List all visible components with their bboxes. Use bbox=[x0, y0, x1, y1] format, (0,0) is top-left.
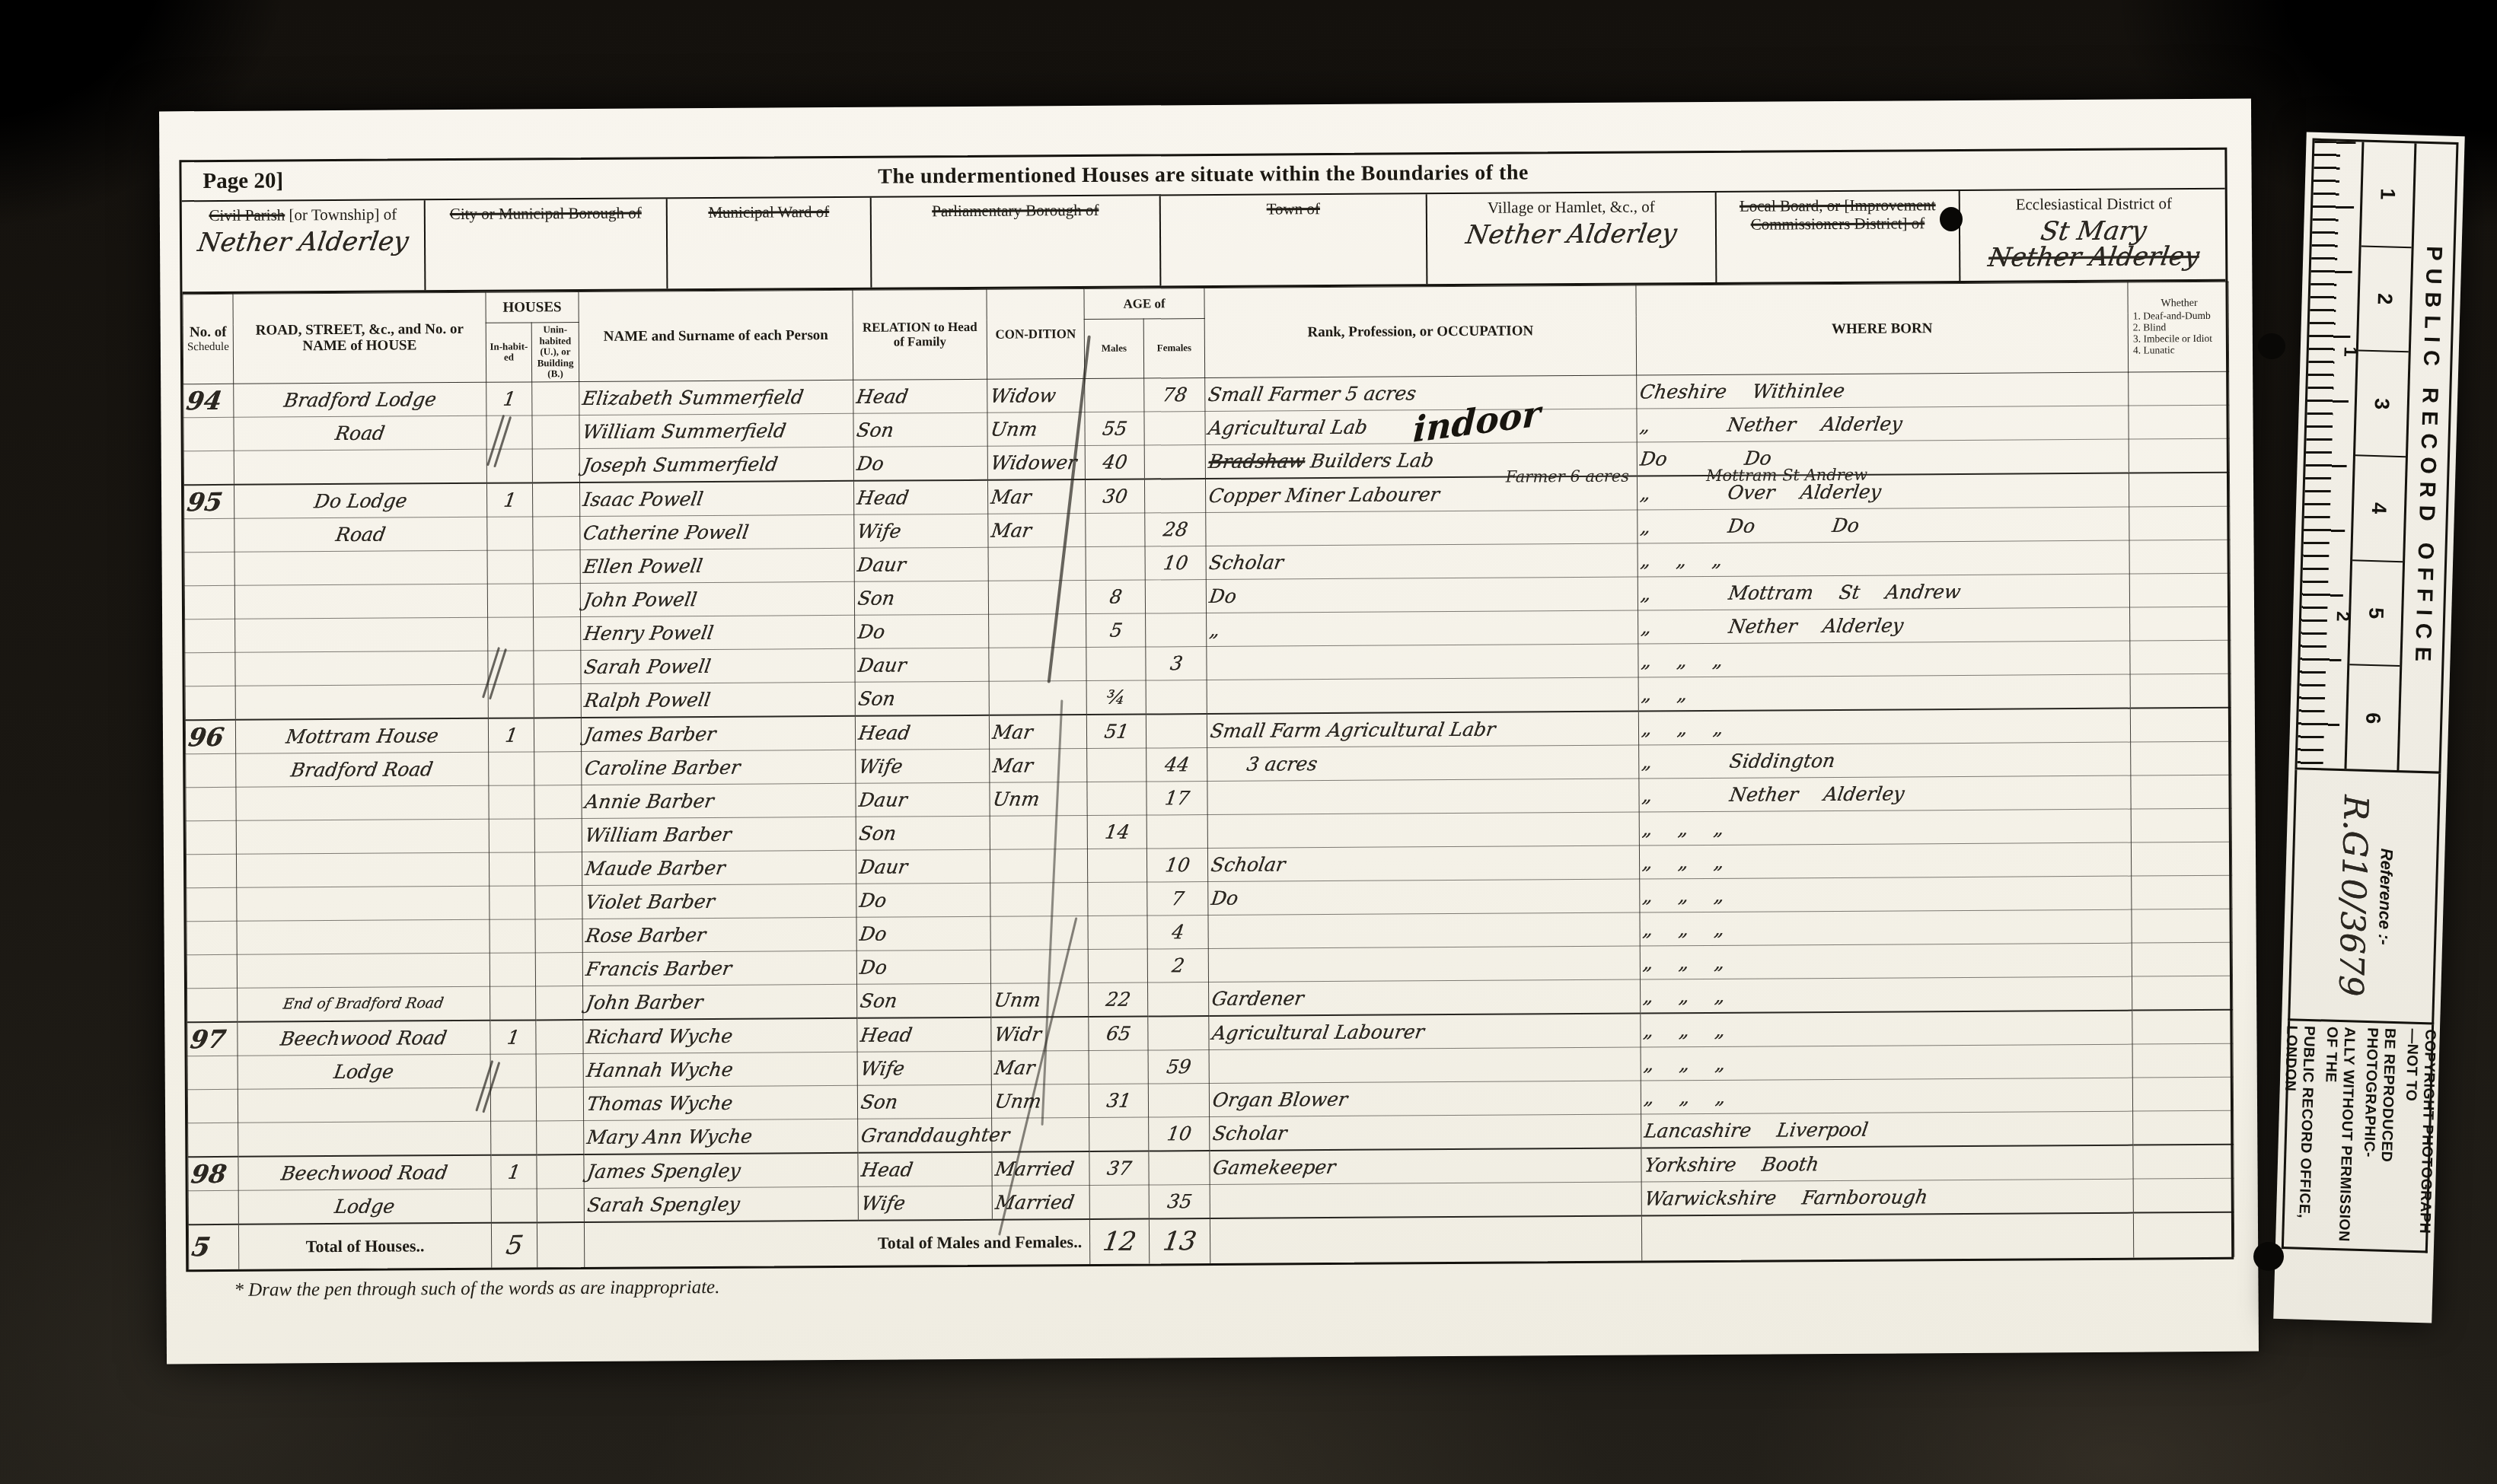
ruler-cm-cell: 2 bbox=[2358, 247, 2412, 352]
cell-relation: Son bbox=[853, 412, 987, 447]
cell-condition bbox=[989, 647, 1086, 681]
census-rows: 94Bradford Lodge1Elizabeth SummerfieldHe… bbox=[183, 371, 2234, 1224]
cell-condition: Mar bbox=[988, 513, 1086, 547]
cell-inhabited bbox=[488, 617, 534, 651]
census-form-sheet: Page 20] The undermentioned Houses are s… bbox=[159, 99, 2259, 1365]
ruler-inch-number: 1 bbox=[2339, 346, 2360, 357]
header-field-label: Town of bbox=[1167, 199, 1420, 218]
cell-age-female bbox=[1146, 814, 1207, 848]
cell-age-female: 2 bbox=[1147, 948, 1208, 982]
cell-occupation: Agricultural Labourer bbox=[1209, 1013, 1641, 1049]
cell-where-born: „ Nether Alderley bbox=[1638, 607, 2130, 644]
cell-uninhabited bbox=[534, 852, 582, 885]
cell-whether bbox=[2129, 540, 2230, 574]
cell-relation: Do bbox=[856, 883, 990, 917]
cell-schedule bbox=[184, 585, 234, 619]
cell-schedule bbox=[185, 686, 235, 720]
cell-name: Sarah Spengley bbox=[584, 1186, 858, 1222]
cell-condition bbox=[988, 546, 1086, 581]
header-field: Town of bbox=[1161, 194, 1428, 285]
cell-name: Richard Wyche bbox=[583, 1018, 857, 1054]
cell-age-male: 31 bbox=[1089, 1084, 1148, 1117]
cell-schedule bbox=[188, 1123, 238, 1157]
cell-name: William Summerfield bbox=[579, 413, 853, 448]
cell-whether bbox=[2130, 640, 2231, 674]
cell-whether bbox=[2130, 708, 2231, 742]
cell-uninhabited bbox=[535, 952, 582, 986]
interlinear-note: Farmer 6 acres bbox=[1506, 467, 1629, 486]
col-whether: Whether 1. Deaf-and-Dumb 2. Blind 3. Imb… bbox=[2128, 282, 2229, 372]
cell-name: Sarah Powell bbox=[581, 648, 855, 683]
interlinear-note: Mottram St Andrew bbox=[1706, 465, 1867, 484]
cell-inhabited bbox=[487, 517, 533, 550]
cell-age-male: 8 bbox=[1086, 580, 1145, 613]
header-field: Ecclesiastical District ofSt MaryNether … bbox=[1960, 189, 2228, 281]
copyright-line: ALLY WITHOUT PERMISSION OF THE bbox=[2317, 1026, 2358, 1244]
cell-condition bbox=[989, 613, 1086, 648]
cell-inhabited bbox=[490, 919, 535, 953]
cell-uninhabited bbox=[532, 381, 579, 415]
cell-inhabited bbox=[490, 1088, 536, 1121]
cell-road bbox=[238, 1121, 491, 1157]
cell-schedule: 95 bbox=[183, 485, 234, 519]
cell-occupation: Do bbox=[1208, 879, 1640, 915]
cell-whether bbox=[2129, 506, 2230, 540]
cell-inhabited bbox=[490, 953, 535, 986]
cell-relation: Daur bbox=[854, 547, 988, 581]
cell-relation: Son bbox=[856, 816, 990, 850]
cell-whether bbox=[2132, 1010, 2233, 1044]
header-field: Local Board, or [Improvement Commissione… bbox=[1717, 191, 1961, 282]
ruler-cm-cell: 4 bbox=[2352, 456, 2406, 562]
cell-schedule bbox=[184, 552, 234, 585]
cell-where-born: „ „ bbox=[1638, 674, 2130, 711]
cell-where-born: „ „ „ bbox=[1639, 842, 2131, 879]
header-field-value: Nether Alderley bbox=[196, 227, 410, 259]
col-males: Males bbox=[1084, 319, 1143, 378]
cell-age-male: 37 bbox=[1089, 1151, 1149, 1185]
cell-condition bbox=[990, 949, 1088, 983]
cell-name: Ellen Powell bbox=[580, 548, 854, 583]
cell-road: Lodge bbox=[238, 1054, 490, 1089]
cell-schedule bbox=[187, 921, 237, 954]
cell-inhabited bbox=[489, 852, 534, 886]
cell-road: Beechwood Road bbox=[238, 1155, 491, 1191]
cell-age-male bbox=[1089, 1185, 1149, 1219]
cell-occupation: Gamekeeper bbox=[1210, 1148, 1641, 1184]
schedule-total: 5 bbox=[190, 1232, 212, 1263]
cell-age-female: 78 bbox=[1144, 377, 1205, 411]
col-schedule: No. ofSchedule bbox=[183, 294, 234, 384]
header-field: Parliamentary Borough of bbox=[872, 196, 1162, 287]
col-inhabited: In-habit-ed bbox=[486, 323, 531, 382]
header-field-label: Village or Hamlet, &c., of bbox=[1433, 197, 1709, 217]
cell-where-born: „ „ „ bbox=[1638, 540, 2129, 577]
cell-uninhabited bbox=[535, 919, 582, 952]
cell-age-female: 17 bbox=[1146, 781, 1207, 814]
cell-condition: Widr bbox=[991, 1017, 1089, 1051]
cell-relation: Wife bbox=[856, 749, 990, 783]
cell-road bbox=[235, 651, 488, 686]
punch-hole bbox=[2258, 333, 2285, 359]
cell-relation: Wife bbox=[854, 514, 988, 548]
cell-name: Isaac Powell bbox=[579, 481, 853, 517]
copyright-line: PUBLIC RECORD OFFICE, LONDON bbox=[2277, 1025, 2318, 1243]
cell-inhabited bbox=[489, 819, 534, 852]
ruler-cm-cell: 3 bbox=[2355, 352, 2409, 457]
cell-where-born: „ „ „ bbox=[1639, 809, 2131, 845]
cell-condition: Mar bbox=[990, 748, 1087, 782]
cell-schedule: 98 bbox=[188, 1157, 238, 1191]
cell-where-born: „ Nether Alderley bbox=[1639, 775, 2131, 812]
cell-schedule bbox=[185, 619, 235, 652]
col-name: NAME and Surname of each Person bbox=[579, 290, 853, 381]
copyright-box: COPYRIGHT PHOTOGRAPH—NOT TOBE REPRODUCED… bbox=[2282, 1021, 2434, 1253]
cell-uninhabited bbox=[532, 448, 579, 482]
cell-occupation: Do bbox=[1206, 577, 1638, 613]
cell-road bbox=[237, 886, 490, 921]
cell-occupation bbox=[1208, 912, 1640, 948]
cell-whether bbox=[2132, 976, 2232, 1010]
cell-age-female bbox=[1145, 579, 1206, 613]
cell-condition: Widower bbox=[987, 445, 1085, 479]
cell-uninhabited bbox=[532, 482, 579, 517]
cell-schedule bbox=[187, 1089, 238, 1123]
cell-age-female: 7 bbox=[1147, 881, 1208, 915]
cell-inhabited bbox=[489, 785, 534, 819]
cell-uninhabited bbox=[537, 1120, 584, 1154]
header-field-label: Civil Parish [or Township] of bbox=[188, 205, 418, 225]
cell-relation: Son bbox=[857, 983, 991, 1018]
cell-whether bbox=[2132, 1077, 2233, 1111]
cell-uninhabited bbox=[536, 1087, 583, 1120]
cell-relation: Wife bbox=[857, 1051, 991, 1085]
cell-where-born: „ Siddington bbox=[1639, 742, 2131, 779]
cell-road: Road bbox=[234, 416, 486, 451]
page-title: The undermentioned Houses are situate wi… bbox=[181, 157, 2224, 193]
copyright-line: COPYRIGHT PHOTOGRAPH—NOT TO bbox=[2398, 1028, 2439, 1246]
cell-road: Bradford Road bbox=[236, 752, 489, 787]
cell-condition bbox=[990, 815, 1087, 849]
cell-inhabited bbox=[487, 550, 533, 584]
col-uninhabited: Unin-habited (U.), or Building (B.) bbox=[531, 323, 579, 382]
cell-schedule: 97 bbox=[187, 1022, 238, 1056]
cell-age-female bbox=[1144, 444, 1205, 479]
cell-name: William Barber bbox=[582, 817, 856, 852]
col-occupation: Rank, Profession, or OCCUPATION bbox=[1204, 285, 1637, 377]
ruler-inch-number: 2 bbox=[2331, 611, 2352, 622]
cell-condition bbox=[990, 882, 1088, 916]
cell-age-male bbox=[1087, 748, 1146, 782]
column-headers: No. ofSchedule ROAD, STREET, &c., and No… bbox=[183, 282, 2229, 384]
cell-road: End of Bradford Road bbox=[238, 986, 490, 1022]
cell-road: Lodge bbox=[238, 1189, 491, 1224]
cell-condition: Unm bbox=[991, 1084, 1089, 1118]
cell-age-female: 3 bbox=[1146, 646, 1207, 680]
cell-occupation bbox=[1206, 510, 1638, 546]
cell-where-born: „ „ „ bbox=[1641, 1078, 2132, 1114]
cell-name: James Spengley bbox=[584, 1153, 858, 1189]
cell-age-male bbox=[1087, 849, 1146, 882]
header-field-label: Municipal Ward of bbox=[674, 202, 864, 222]
cell-where-born: „ „ „ bbox=[1640, 943, 2132, 979]
cell-road: Bradford Lodge bbox=[234, 382, 486, 417]
cell-inhabited bbox=[487, 584, 533, 617]
cell-whether bbox=[2131, 808, 2231, 842]
cell-name: Henry Powell bbox=[581, 615, 855, 650]
cell-uninhabited bbox=[534, 751, 582, 785]
cell-schedule bbox=[187, 1056, 238, 1089]
cell-name: Violet Barber bbox=[582, 884, 856, 919]
cell-occupation: Agricultural Labindoor bbox=[1205, 409, 1637, 444]
cell-name: Annie Barber bbox=[582, 783, 856, 818]
header-field: Municipal Ward of bbox=[668, 198, 872, 289]
cell-age-female bbox=[1146, 613, 1207, 646]
cell-relation: Do bbox=[856, 916, 990, 951]
cell-occupation: Scholar bbox=[1207, 845, 1639, 881]
col-females: Females bbox=[1143, 319, 1204, 378]
total-mf-label: Total of Males and Females.. bbox=[878, 1232, 1082, 1253]
cell-relation: Head bbox=[855, 715, 989, 750]
cell-uninhabited bbox=[532, 415, 579, 448]
cell-age-female: 4 bbox=[1147, 915, 1208, 948]
cell-age-male: 65 bbox=[1089, 1016, 1148, 1050]
cell-condition: Unm bbox=[990, 782, 1087, 816]
cell-relation: Son bbox=[854, 581, 988, 615]
cell-schedule bbox=[185, 652, 235, 686]
cell-relation: Do bbox=[853, 446, 987, 481]
cell-schedule bbox=[186, 854, 236, 887]
cell-road bbox=[235, 684, 488, 720]
cell-inhabited bbox=[490, 986, 536, 1021]
cell-age-male: 14 bbox=[1087, 815, 1146, 849]
col-born: WHERE BORN bbox=[1636, 282, 2129, 375]
ink-blob bbox=[1940, 207, 1963, 231]
cell-occupation bbox=[1207, 644, 1638, 680]
cell-whether bbox=[2129, 438, 2229, 473]
cell-schedule bbox=[183, 417, 234, 451]
cell-schedule bbox=[186, 787, 236, 820]
cell-uninhabited bbox=[533, 516, 580, 549]
cell-uninhabited bbox=[533, 583, 580, 616]
cell-whether bbox=[2132, 909, 2232, 943]
cell-occupation: Small Farmer 5 acres bbox=[1205, 375, 1637, 411]
cell-whether bbox=[2131, 775, 2231, 809]
header-field-struck-value: Nether Alderley bbox=[1986, 241, 2201, 273]
cell-inhabited: 1 bbox=[488, 718, 534, 752]
cell-whether bbox=[2131, 842, 2231, 876]
cell-age-male bbox=[1086, 546, 1145, 580]
header-field: Village or Hamlet, &c., ofNether Alderle… bbox=[1427, 193, 1717, 284]
cell-where-born: „ „ „ bbox=[1640, 909, 2132, 946]
cell-where-born: „ „ „ bbox=[1638, 641, 2130, 677]
cell-schedule: 96 bbox=[185, 720, 235, 754]
cell-age-female: 10 bbox=[1145, 546, 1206, 579]
cell-occupation: Gardener bbox=[1209, 979, 1641, 1016]
reference-label: Reference :- bbox=[2374, 848, 2397, 945]
header-field-value: Nether Alderley bbox=[1464, 218, 1679, 250]
cell-occupation: „ bbox=[1207, 610, 1638, 646]
cell-age-male: 51 bbox=[1086, 714, 1146, 748]
cell-name: Caroline Barber bbox=[582, 750, 856, 785]
cell-uninhabited bbox=[534, 785, 582, 818]
cell-where-born: Warwickshire Farnborough bbox=[1641, 1179, 2133, 1215]
cell-relation: Daur bbox=[855, 648, 989, 682]
col-condition: CON-DITION bbox=[987, 288, 1085, 379]
cell-age-male: 40 bbox=[1085, 445, 1144, 479]
cell-name: Francis Barber bbox=[582, 951, 856, 986]
total-females: 13 bbox=[1161, 1226, 1198, 1256]
cell-uninhabited bbox=[536, 1020, 583, 1054]
cell-occupation bbox=[1207, 812, 1639, 848]
cell-age-male: ¾ bbox=[1086, 680, 1146, 715]
cell-name: James Barber bbox=[581, 716, 855, 752]
cell-road bbox=[237, 919, 490, 954]
footnote: * Draw the pen through such of the words… bbox=[234, 1277, 719, 1301]
cell-relation: Son bbox=[855, 681, 989, 716]
cell-inhabited bbox=[488, 684, 534, 718]
cell-relation: Son bbox=[857, 1084, 991, 1119]
cell-uninhabited bbox=[536, 986, 583, 1020]
cell-age-female: 35 bbox=[1149, 1184, 1210, 1218]
col-houses: HOUSES bbox=[486, 292, 579, 323]
col-road: ROAD, STREET, &c., and No. or NAME of HO… bbox=[233, 292, 486, 384]
cell-uninhabited bbox=[534, 650, 581, 683]
cell-age-female: 28 bbox=[1145, 512, 1206, 546]
cell-where-born: „ „ „ bbox=[1641, 1010, 2132, 1046]
cell-name: Joseph Summerfield bbox=[579, 447, 853, 482]
cell-age-male bbox=[1088, 882, 1147, 916]
ruler-cm-cell: 5 bbox=[2349, 561, 2403, 667]
cell-schedule bbox=[186, 753, 236, 787]
cell-schedule bbox=[187, 887, 237, 921]
cell-relation: Head bbox=[853, 379, 987, 413]
cell-age-male bbox=[1089, 1050, 1148, 1084]
cell-road: Road bbox=[234, 517, 487, 552]
cell-name: Elizabeth Summerfield bbox=[579, 380, 853, 415]
cell-inhabited bbox=[490, 886, 535, 919]
cell-road bbox=[238, 1088, 490, 1123]
cell-relation: Head bbox=[853, 480, 987, 515]
cell-uninhabited bbox=[533, 549, 580, 583]
cell-whether bbox=[2129, 573, 2230, 607]
header-field: City or Municipal Borough of bbox=[426, 199, 668, 290]
cell-whether bbox=[2129, 405, 2229, 439]
cell-occupation: Scholar bbox=[1206, 543, 1638, 579]
cell-inhabited bbox=[491, 1189, 537, 1223]
copyright-line: BE REPRODUCED PHOTOGRAPHIC- bbox=[2358, 1027, 2399, 1245]
cell-road bbox=[236, 819, 489, 854]
cell-age-male bbox=[1088, 916, 1147, 949]
cell-name: Rose Barber bbox=[582, 917, 856, 952]
cell-where-born: „ „ „ bbox=[1638, 708, 2130, 744]
cell-whether bbox=[2133, 1110, 2234, 1145]
cell-whether bbox=[2131, 741, 2231, 775]
cell-inhabited: 1 bbox=[486, 482, 532, 517]
cell-age-female bbox=[1146, 714, 1207, 748]
cell-where-born: „ Mottram St Andrew bbox=[1638, 574, 2129, 610]
cell-schedule bbox=[184, 518, 234, 552]
cell-condition: Unm bbox=[987, 412, 1085, 446]
cell-age-female bbox=[1149, 1151, 1210, 1185]
cell-where-born: „ „ „ bbox=[1641, 976, 2132, 1013]
cell-uninhabited bbox=[534, 683, 581, 718]
reference-value: R.G10/3679 bbox=[2331, 795, 2375, 997]
cell-age-female bbox=[1148, 1016, 1209, 1050]
cell-uninhabited bbox=[534, 818, 582, 852]
ruler: 1 2 123456 PUBLIC RECORD OFFICE bbox=[2294, 139, 2458, 774]
cell-relation: Daur bbox=[856, 782, 990, 817]
cell-condition bbox=[990, 849, 1087, 883]
cell-name: John Barber bbox=[583, 984, 857, 1020]
col-relation: RELATION to Head of Family bbox=[853, 289, 987, 380]
cell-condition: Unm bbox=[991, 982, 1089, 1017]
cell-whether bbox=[2130, 674, 2231, 708]
cell-schedule bbox=[187, 954, 237, 988]
header-field-label: City or Municipal Borough of bbox=[432, 203, 660, 223]
cell-relation: Granddaughter bbox=[858, 1118, 992, 1153]
cell-inhabited: 1 bbox=[486, 382, 532, 416]
cell-where-born: Lancashire Liverpool bbox=[1641, 1111, 2133, 1148]
cell-occupation bbox=[1207, 677, 1638, 714]
cell-relation: Daur bbox=[856, 849, 990, 884]
cell-age-female bbox=[1146, 680, 1207, 714]
cell-whether bbox=[2132, 875, 2232, 909]
cell-uninhabited bbox=[534, 718, 581, 752]
header-field-label: Local Board, or [Improvement Commissione… bbox=[1723, 196, 1953, 234]
cell-age-female bbox=[1144, 411, 1205, 444]
cell-age-male: 30 bbox=[1085, 479, 1144, 513]
cell-relation: Do bbox=[856, 950, 990, 984]
cell-name: Catherine Powell bbox=[580, 514, 854, 549]
cell-condition: Widow bbox=[987, 378, 1085, 412]
cell-occupation bbox=[1207, 779, 1639, 814]
cell-whether bbox=[2132, 1043, 2233, 1078]
cell-age-male bbox=[1085, 378, 1144, 412]
cell-whether bbox=[2133, 1178, 2234, 1212]
cell-age-female: 59 bbox=[1148, 1049, 1209, 1083]
header-field: Civil Parish [or Township] ofNether Alde… bbox=[182, 200, 426, 291]
cell-age-male bbox=[1086, 647, 1146, 680]
cell-road bbox=[237, 953, 490, 988]
cell-condition: Mar bbox=[989, 715, 1086, 749]
cell-age-male: 5 bbox=[1086, 613, 1146, 647]
cell-occupation bbox=[1209, 1047, 1641, 1083]
cell-age-male bbox=[1089, 1117, 1149, 1151]
cell-road bbox=[235, 617, 488, 652]
cell-inhabited bbox=[489, 752, 534, 785]
cell-schedule bbox=[187, 988, 238, 1022]
cell-inhabited: 1 bbox=[490, 1020, 536, 1054]
cell-schedule bbox=[183, 451, 234, 485]
cell-name: Hannah Wyche bbox=[583, 1052, 857, 1087]
cell-name: Thomas Wyche bbox=[583, 1085, 857, 1120]
cell-condition: Married bbox=[992, 1151, 1089, 1186]
cell-where-born: „ Do Do bbox=[1638, 507, 2129, 543]
cell-age-female bbox=[1148, 1083, 1209, 1116]
cell-road bbox=[236, 852, 489, 887]
cell-occupation bbox=[1210, 1182, 1641, 1218]
total-houses-value: 5 bbox=[504, 1230, 525, 1260]
col-age: AGE of bbox=[1084, 288, 1204, 320]
header-field-label: Ecclesiastical District of bbox=[1966, 194, 2221, 214]
cell-road: Beechwood Road bbox=[238, 1021, 490, 1056]
ruler-cm-cell: 1 bbox=[2361, 142, 2415, 248]
ruler-cm-cell: 6 bbox=[2346, 666, 2400, 770]
cell-age-male bbox=[1088, 949, 1147, 982]
cell-age-male bbox=[1087, 782, 1146, 815]
cell-whether bbox=[2129, 371, 2229, 406]
